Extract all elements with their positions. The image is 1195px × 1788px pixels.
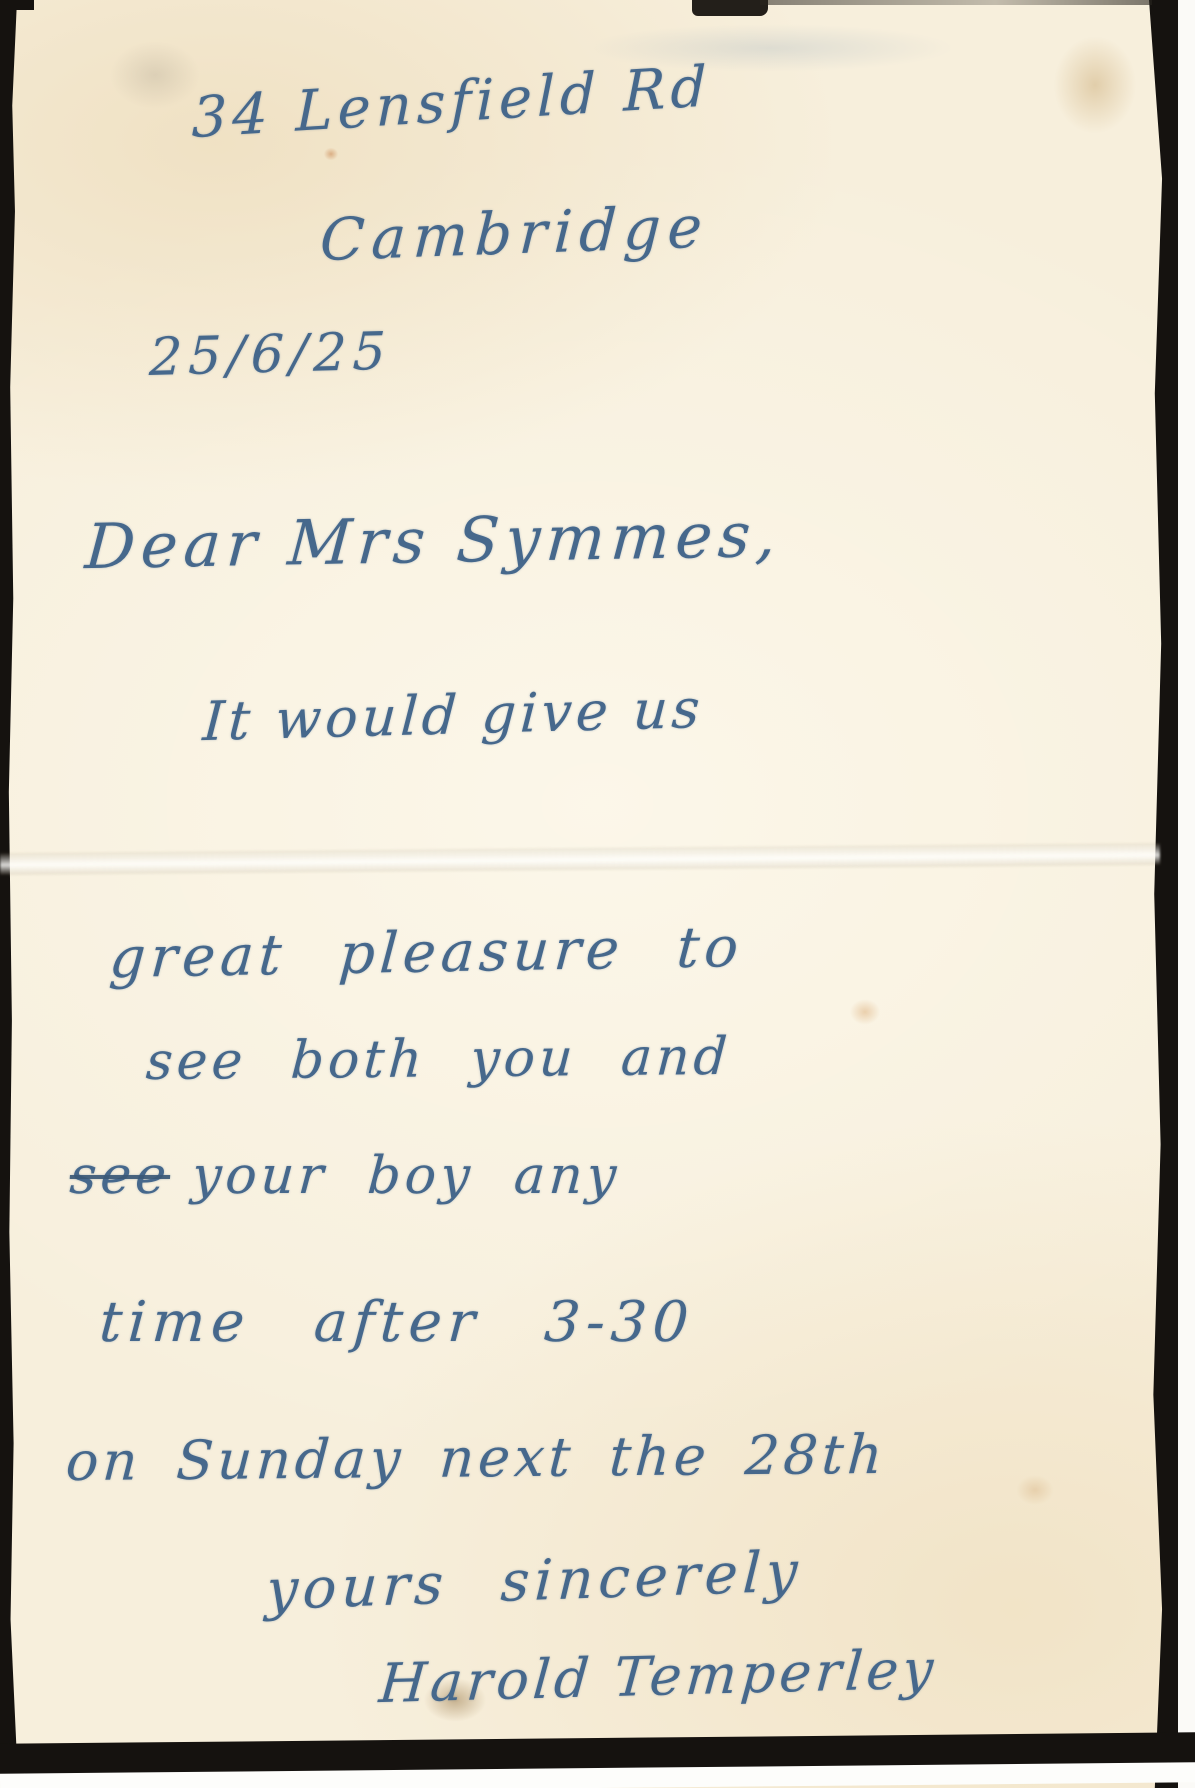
body-line-5: time after 3-30 [97,1290,696,1355]
stain-middle [845,995,885,1029]
paper-background [0,0,1195,1788]
border-top-line [760,0,1152,5]
salutation: Dear Mrs Symmes, [83,498,785,583]
stain-address-dot [322,146,340,162]
body-line-1: It would give us [201,677,705,753]
struck-word: see [68,1146,172,1206]
date-line: 25/6/25 [148,322,392,388]
stain-top-right [1040,20,1150,150]
body-line-4: seeyour boy any [68,1146,622,1206]
letter-scan: 34 Lensfield Rd Cambridge 25/6/25 Dear M… [0,0,1195,1788]
body-line-3: see both you and [144,1027,732,1092]
border-top-patch [692,0,768,16]
body-line-4-rest: your boy any [190,1146,622,1206]
address-line-2: Cambridge [318,192,710,274]
body-line-6: on Sunday next the 28th [64,1423,888,1493]
border-top-left [0,0,34,10]
stain-lower-right [1010,1470,1060,1510]
body-line-2: great pleasure to [107,915,745,991]
scan-bed-right [1178,0,1195,1788]
